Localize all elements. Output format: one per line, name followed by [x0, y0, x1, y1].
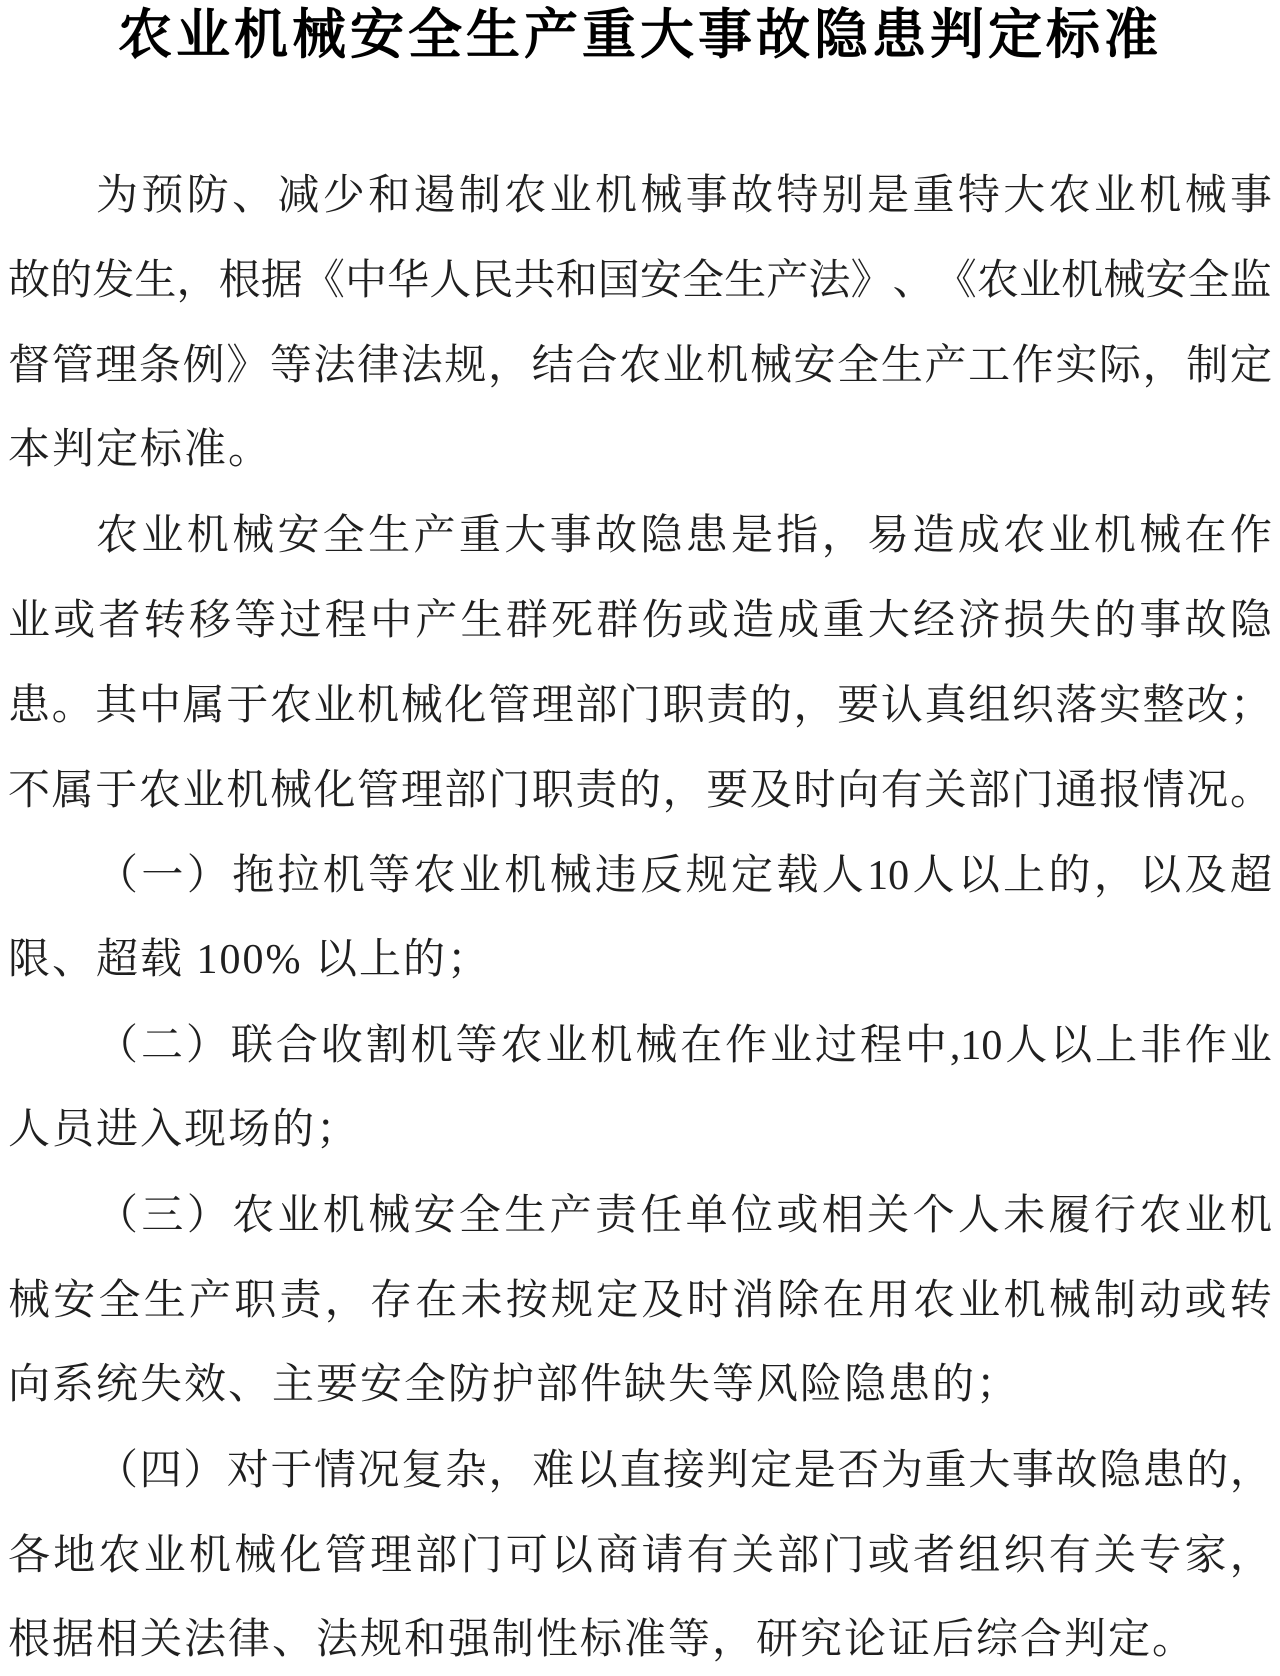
text-line: （二）联合收割机等农业机械在作业过程中,10人以上非作业	[8, 1003, 1272, 1088]
text-line: （三）农业机械安全生产责任单位或相关个人未履行农业机	[8, 1173, 1272, 1258]
text-line: 根据相关法律、法规和强制性标准等，研究论证后综合判定。	[8, 1598, 1272, 1676]
text-line: 人员进入现场的；	[8, 1088, 1272, 1173]
text-line: 械安全生产职责，存在未按规定及时消除在用农业机械制动或转	[8, 1258, 1272, 1343]
document-page: 农业机械安全生产重大事故隐患判定标准 为预防、减少和遏制农业机械事故特别是重特大…	[0, 0, 1280, 1676]
text-line: 各地农业机械化管理部门可以商请有关部门或者组织有关专家，	[8, 1513, 1272, 1598]
text-line: （一）拖拉机等农业机械违反规定载人10人以上的，以及超	[8, 833, 1272, 918]
text-line: 限、超载 100% 以上的；	[8, 918, 1272, 1003]
text-line: 督管理条例》等法律法规，结合农业机械安全生产工作实际，制定	[8, 323, 1272, 408]
document-title: 农业机械安全生产重大事故隐患判定标准	[0, 0, 1280, 70]
text-line: 不属于农业机械化管理部门职责的，要及时向有关部门通报情况。	[8, 748, 1272, 833]
text-line: 为预防、减少和遏制农业机械事故特别是重特大农业机械事	[8, 153, 1272, 238]
text-line: 本判定标准。	[8, 408, 1272, 493]
text-line: 农业机械安全生产重大事故隐患是指，易造成农业机械在作	[8, 493, 1272, 578]
text-line: 患。其中属于农业机械化管理部门职责的，要认真组织落实整改；	[8, 663, 1272, 748]
document-body: 为预防、减少和遏制农业机械事故特别是重特大农业机械事故的发生，根据《中华人民共和…	[8, 153, 1272, 1676]
text-line: 故的发生，根据《中华人民共和国安全生产法》、《农业机械安全监	[8, 238, 1272, 323]
text-line: 向系统失效、主要安全防护部件缺失等风险隐患的；	[8, 1343, 1272, 1428]
text-line: （四）对于情况复杂，难以直接判定是否为重大事故隐患的，	[8, 1428, 1272, 1513]
text-line: 业或者转移等过程中产生群死群伤或造成重大经济损失的事故隐	[8, 578, 1272, 663]
